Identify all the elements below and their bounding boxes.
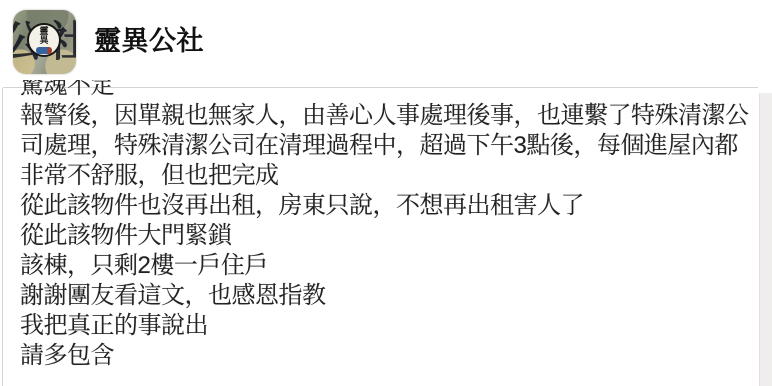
page-avatar[interactable]: 公 社 靈 異: [13, 10, 76, 74]
post-text-line: 從此該物件也沒再出租，房東只說，不想再出租害人了: [20, 191, 760, 221]
post-text-line: 該棟，只剩2樓一戶住戶: [20, 251, 760, 281]
avatar-seal-bottom-char: 異: [39, 36, 48, 46]
avatar-seal-icon: 靈 異: [27, 23, 61, 57]
post-text: 驚魂不定報警後，因單親也無家人，由善心人事處理後事，也連繫了特殊清潔公司處理，特…: [20, 80, 760, 386]
post-text-line: 非常不舒服，但也把完成: [20, 161, 760, 191]
avatar-seal-image: [36, 47, 52, 54]
screenshot-root: 驚魂不定報警後，因單親也無家人，由善心人事處理後事，也連繫了特殊清潔公司處理，特…: [0, 0, 772, 386]
page-title[interactable]: 靈異公社: [94, 24, 204, 58]
page-background: [759, 93, 772, 386]
post-text-line: 驚魂不定: [20, 80, 760, 101]
post-text-line: 司處理，特殊清潔公司在清理過程中，超過下午3點後，每個進屋內都: [20, 131, 760, 161]
post-text-line: 報警後，因單親也無家人，由善心人事處理後事，也連繫了特殊清潔公: [20, 101, 760, 131]
post-card-left-border: [2, 88, 3, 386]
post-text-line: 請多包含: [20, 341, 760, 371]
post-text-line: 我把真正的事說出: [20, 311, 760, 341]
post-header: 公 社 靈 異 靈異公社: [0, 0, 772, 80]
post-text-line: 從此該物件大門緊鎖: [20, 221, 760, 251]
post-text-line: 謝謝團友看這文，也感恩指教: [20, 281, 760, 311]
